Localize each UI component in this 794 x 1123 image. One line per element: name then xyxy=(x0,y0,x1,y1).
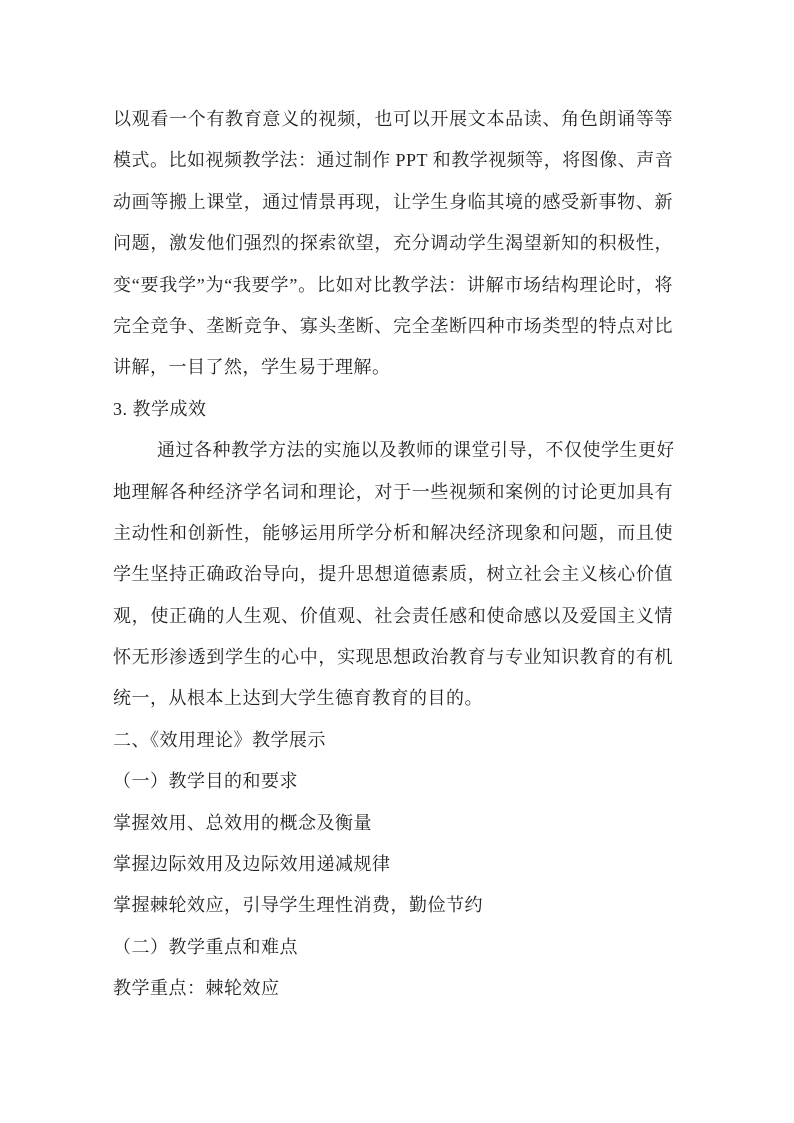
key-point-line: 教学重点：棘轮效应 xyxy=(113,968,673,1009)
document-body: 以观看一个有教育意义的视频，也可以开展文本品读、角色朗诵等等 模式。比如视频教学… xyxy=(113,99,673,1010)
heading-teaching-effect: 3. 教学成效 xyxy=(113,389,673,430)
paragraph-teaching-methods-line: 变“要我学”为“我要学”。比如对比教学法：讲解市场结构理论时，将 xyxy=(113,265,673,306)
aim-item-line: 掌握边际效用及边际效用递减规律 xyxy=(113,844,673,885)
heading-utility-theory-display: 二、《效用理论》教学展示 xyxy=(113,720,673,761)
paragraph-teaching-effect-line: 统一，从根本上达到大学生德育教育的目的。 xyxy=(113,678,673,719)
paragraph-teaching-effect-line: 地理解各种经济学名词和理论，对于一些视频和案例的讨论更加具有 xyxy=(113,472,673,513)
paragraph-teaching-effect-line: 通过各种教学方法的实施以及教师的课堂引导，不仅使学生更好 xyxy=(113,430,673,471)
paragraph-teaching-effect-line: 主动性和创新性，能够运用所学分析和解决经济现象和问题，而且使 xyxy=(113,513,673,554)
paragraph-teaching-effect-line: 观，使正确的人生观、价值观、社会责任感和使命感以及爱国主义情 xyxy=(113,596,673,637)
paragraph-teaching-methods-line: 完全竞争、垄断竞争、寡头垄断、完全垄断四种市场类型的特点对比 xyxy=(113,306,673,347)
paragraph-teaching-methods-line: 动画等搬上课堂，通过情景再现，让学生身临其境的感受新事物、新 xyxy=(113,182,673,223)
heading-key-points: （二）教学重点和难点 xyxy=(113,927,673,968)
aim-item-line: 掌握效用、总效用的概念及衡量 xyxy=(113,803,673,844)
paragraph-teaching-effect-line: 学生坚持正确政治导向，提升思想道德素质，树立社会主义核心价值 xyxy=(113,554,673,595)
heading-teaching-aims: （一）教学目的和要求 xyxy=(113,761,673,802)
paragraph-teaching-methods-line: 问题，激发他们强烈的探索欲望，充分调动学生渴望新知的积极性， xyxy=(113,223,673,264)
paragraph-teaching-effect-line: 怀无形渗透到学生的心中，实现思想政治教育与专业知识教育的有机 xyxy=(113,637,673,678)
document-page: 以观看一个有教育意义的视频，也可以开展文本品读、角色朗诵等等 模式。比如视频教学… xyxy=(0,0,794,1123)
aim-item-line: 掌握棘轮效应，引导学生理性消费，勤俭节约 xyxy=(113,885,673,926)
paragraph-teaching-methods-line: 以观看一个有教育意义的视频，也可以开展文本品读、角色朗诵等等 xyxy=(113,99,673,140)
paragraph-teaching-methods-line: 模式。比如视频教学法：通过制作 PPT 和教学视频等，将图像、声音、 xyxy=(113,140,673,181)
paragraph-teaching-methods-line: 讲解，一目了然，学生易于理解。 xyxy=(113,347,673,388)
